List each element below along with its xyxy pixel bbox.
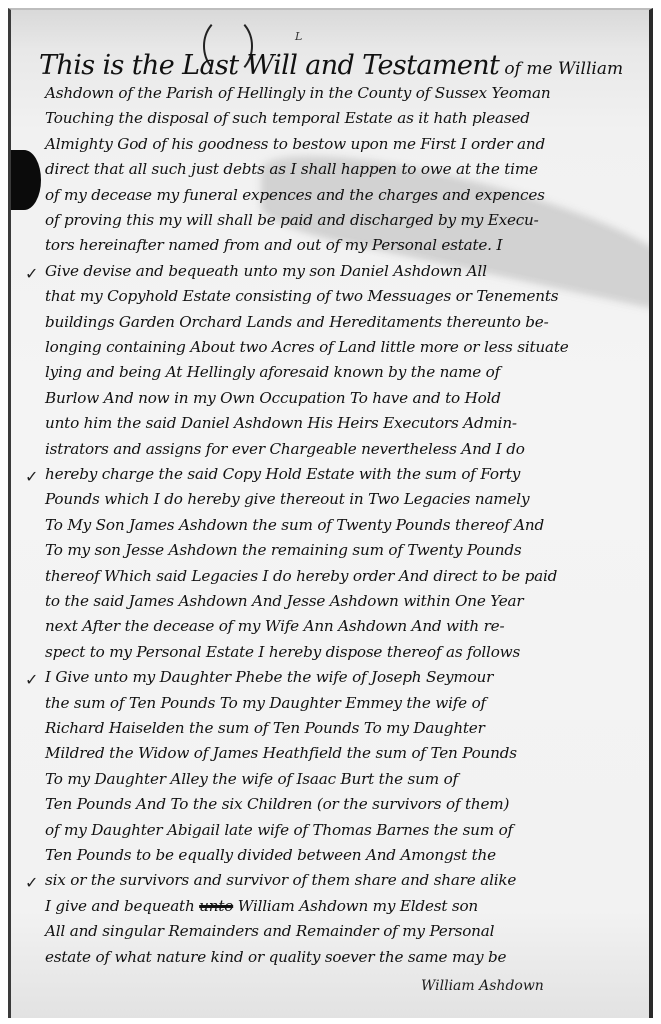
manuscript-line: of my Daughter Abigail late wife of Thom… bbox=[45, 821, 639, 839]
manuscript-line: All and singular Remainders and Remainde… bbox=[45, 922, 639, 940]
title-tail: of me William bbox=[504, 59, 623, 79]
signature: William Ashdown bbox=[421, 978, 544, 994]
manuscript-line: direct that all such just debts as I sha… bbox=[45, 160, 639, 178]
manuscript-line: To my Daughter Alley the wife of Isaac B… bbox=[45, 770, 639, 788]
manuscript-line: tors hereinafter named from and out of m… bbox=[45, 236, 639, 254]
manuscript-line: of my decease my funeral expences and th… bbox=[45, 186, 639, 204]
manuscript-line: of proving this my will shall be paid an… bbox=[45, 211, 639, 229]
manuscript-line: Pounds which I do hereby give thereout i… bbox=[45, 490, 639, 508]
struck-text: unto bbox=[199, 897, 233, 915]
manuscript-page: L This is the Last Will and Testament of… bbox=[8, 8, 653, 1018]
manuscript-line: unto him the said Daniel Ashdown His Hei… bbox=[45, 414, 639, 432]
will-title: This is the Last Will and Testament of m… bbox=[39, 50, 643, 81]
manuscript-line: To My Son James Ashdown the sum of Twent… bbox=[45, 516, 639, 534]
manuscript-line: spect to my Personal Estate I hereby dis… bbox=[45, 643, 639, 661]
manuscript-line: to the said James Ashdown And Jesse Ashd… bbox=[45, 592, 639, 610]
manuscript-line: hereby charge the said Copy Hold Estate … bbox=[45, 465, 639, 483]
title-main: This is the Last Will and Testament bbox=[39, 50, 499, 81]
manuscript-line: Mildred the Widow of James Heathfield th… bbox=[45, 744, 639, 762]
manuscript-line: istrators and assigns for ever Chargeabl… bbox=[45, 440, 639, 458]
manuscript-line: Ten Pounds And To the six Children (or t… bbox=[45, 795, 639, 813]
manuscript-line: Almighty God of his goodness to bestow u… bbox=[45, 135, 639, 153]
manuscript-line: Touching the disposal of such temporal E… bbox=[45, 109, 639, 127]
manuscript-line: the sum of Ten Pounds To my Daughter Emm… bbox=[45, 694, 639, 712]
page-marker: L bbox=[295, 30, 302, 43]
ink-blot bbox=[8, 150, 41, 210]
manuscript-line: Ashdown of the Parish of Hellingly in th… bbox=[45, 84, 639, 102]
manuscript-line: Give devise and bequeath unto my son Dan… bbox=[45, 262, 639, 280]
manuscript-line: buildings Garden Orchard Lands and Hered… bbox=[45, 313, 639, 331]
margin-check-icon: ✓ bbox=[25, 264, 38, 283]
manuscript-line: I Give unto my Daughter Phebe the wife o… bbox=[45, 668, 639, 686]
margin-check-icon: ✓ bbox=[25, 467, 38, 486]
manuscript-line: Richard Haiselden the sum of Ten Pounds … bbox=[45, 719, 639, 737]
manuscript-line: thereof Which said Legacies I do hereby … bbox=[45, 567, 639, 585]
manuscript-line: estate of what nature kind or quality so… bbox=[45, 948, 639, 966]
manuscript-line: lying and being At Hellingly aforesaid k… bbox=[45, 363, 639, 381]
margin-check-icon: ✓ bbox=[25, 670, 38, 689]
margin-check-icon: ✓ bbox=[25, 873, 38, 892]
manuscript-line: longing containing About two Acres of La… bbox=[45, 338, 639, 356]
manuscript-line: I give and bequeath unto William Ashdown… bbox=[45, 897, 639, 915]
manuscript-line: next After the decease of my Wife Ann As… bbox=[45, 617, 639, 635]
manuscript-line: Ten Pounds to be equally divided between… bbox=[45, 846, 639, 864]
manuscript-line: that my Copyhold Estate consisting of tw… bbox=[45, 287, 639, 305]
manuscript-line: six or the survivors and survivor of the… bbox=[45, 871, 639, 889]
manuscript-line: Burlow And now in my Own Occupation To h… bbox=[45, 389, 639, 407]
manuscript-line: To my son Jesse Ashdown the remaining su… bbox=[45, 541, 639, 559]
